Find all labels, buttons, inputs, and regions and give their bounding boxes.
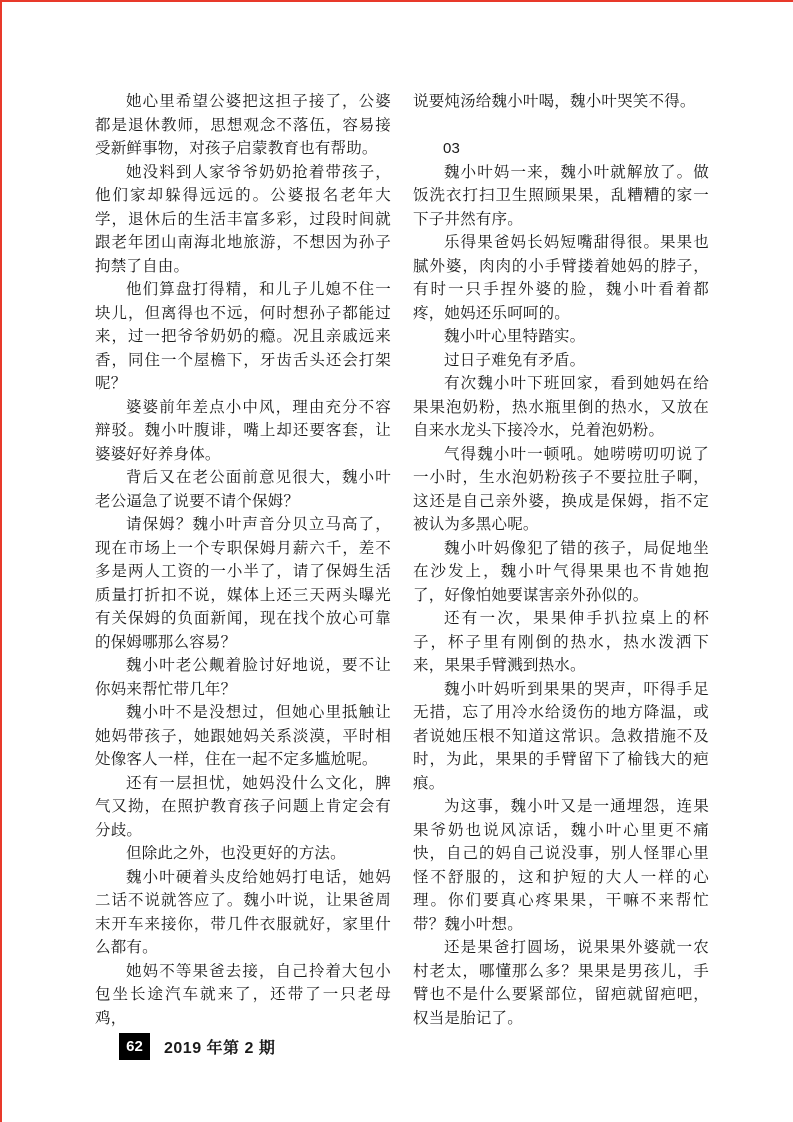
paragraph: 背后又在老公面前意见很大，魏小叶老公逼急了说要不请个保姆？: [95, 466, 391, 513]
issue-label: 2019 年第 2 期: [164, 1035, 275, 1058]
text-columns: 她心里希望公婆把这担子接了，公婆都是退休教师，思想观念不落伍，容易接受新鲜事物，…: [95, 90, 709, 1030]
paragraph: 魏小叶老公觍着脸讨好地说，要不让你妈来帮忙带几年？: [95, 654, 391, 701]
red-left-border: [0, 0, 2, 1122]
paragraph: 她没料到人家爷爷奶奶抢着带孩子，他们家却躲得远远的。公婆报名老年大学，退休后的生…: [95, 161, 391, 279]
right-column-body: 魏小叶妈一来，魏小叶就解放了。做饭洗衣打扫卫生照顾果果，乱糟糟的家一下子井然有序…: [413, 161, 709, 1031]
paragraph: 他们算盘打得精，和儿子儿媳不住一块儿，但离得也不远，何时想孙子都能过来，过一把爷…: [95, 278, 391, 396]
right-column: 说要炖汤给魏小叶喝，魏小叶哭笑不得。 03 魏小叶妈一来，魏小叶就解放了。做饭洗…: [413, 90, 709, 1030]
magazine-page: 她心里希望公婆把这担子接了，公婆都是退休教师，思想观念不落伍，容易接受新鲜事物，…: [0, 0, 793, 1122]
paragraph: 婆婆前年差点小中风，理由充分不容辩驳。魏小叶腹诽，嘴上却还要客套，让婆婆好好养身…: [95, 396, 391, 467]
paragraph: 魏小叶硬着头皮给她妈打电话，她妈二话不说就答应了。魏小叶说，让果爸周末开车来接你…: [95, 866, 391, 960]
paragraph: 魏小叶心里特踏实。: [413, 325, 709, 349]
paragraph: 为这事，魏小叶又是一通埋怨，连果果爷奶也说风凉话，魏小叶心里更不痛快，自己的妈自…: [413, 795, 709, 936]
paragraph: 乐得果爸妈长妈短嘴甜得很。果果也腻外婆，肉肉的小手臂搂着她妈的脖子，有时一只手捏…: [413, 231, 709, 325]
paragraph: 还是果爸打圆场，说果果外婆就一农村老太，哪懂那么多？果果是男孩儿，手臂也不是什么…: [413, 936, 709, 1030]
paragraph: 有次魏小叶下班回家，看到她妈在给果果泡奶粉，热水瓶里倒的热水，又放在自来水龙头下…: [413, 372, 709, 443]
paragraph: 她妈不等果爸去接，自己拎着大包小包坐长途汽车就来了，还带了一只老母鸡，: [95, 960, 391, 1031]
paragraph: 她心里希望公婆把这担子接了，公婆都是退休教师，思想观念不落伍，容易接受新鲜事物，…: [95, 90, 391, 161]
page-footer: 62 2019 年第 2 期: [119, 1033, 275, 1060]
paragraph: 魏小叶妈像犯了错的孩子，局促地坐在沙发上，魏小叶气得果果也不肯她抱了，好像怕她要…: [413, 537, 709, 608]
red-top-border: [0, 0, 793, 2]
paragraph: 还有一次，果果伸手扒拉桌上的杯子，杯子里有刚倒的热水，热水泼洒下来，果果手臂溅到…: [413, 607, 709, 678]
paragraph: 魏小叶不是没想过，但她心里抵触让她妈带孩子，她跟她妈关系淡漠，平时相处像客人一样…: [95, 701, 391, 772]
paragraph: 但除此之外，也没更好的方法。: [95, 842, 391, 866]
paragraph: 请保姆？魏小叶声音分贝立马高了，现在市场上一个专职保姆月薪六千，差不多是两人工资…: [95, 513, 391, 654]
continuation-paragraph: 说要炖汤给魏小叶喝，魏小叶哭笑不得。: [413, 90, 709, 114]
paragraph: 魏小叶妈听到果果的哭声，吓得手足无措，忘了用冷水给烫伤的地方降温，或者说她压根不…: [413, 678, 709, 796]
paragraph: 气得魏小叶一顿吼。她唠唠叨叨说了一小时，生水泡奶粉孩子不要拉肚子啊，这还是自己亲…: [413, 443, 709, 537]
paragraph: 还有一层担忧，她妈没什么文化，脾气又拗，在照护教育孩子问题上肯定会有分歧。: [95, 772, 391, 843]
left-column: 她心里希望公婆把这担子接了，公婆都是退休教师，思想观念不落伍，容易接受新鲜事物，…: [95, 90, 391, 1030]
paragraph: 魏小叶妈一来，魏小叶就解放了。做饭洗衣打扫卫生照顾果果，乱糟糟的家一下子井然有序…: [413, 161, 709, 232]
paragraph: 过日子难免有矛盾。: [413, 349, 709, 373]
section-number: 03: [413, 137, 709, 161]
page-number-badge: 62: [119, 1033, 150, 1060]
